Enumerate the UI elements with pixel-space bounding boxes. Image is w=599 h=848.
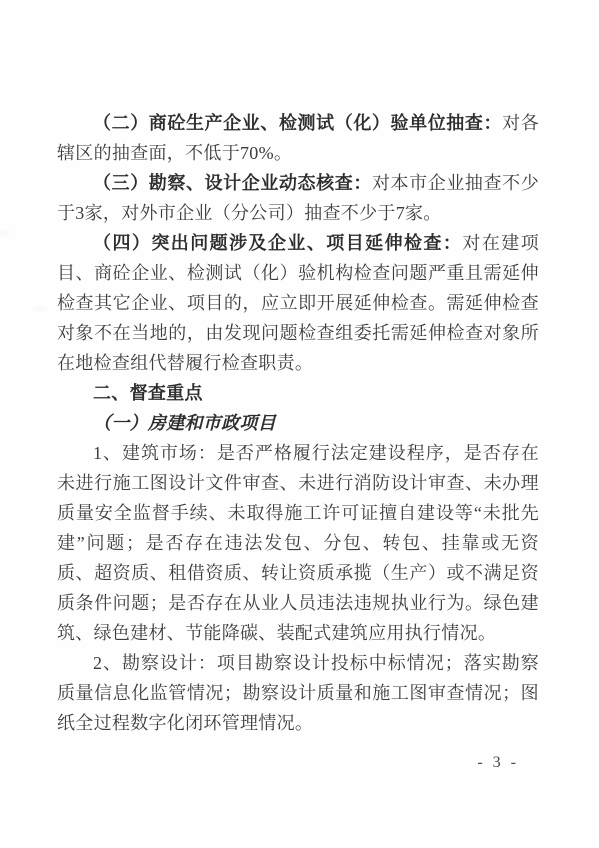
paragraph-lead: （二）商砼生产企业、检测试（化）验单位抽查： [93,113,502,133]
paragraph-lead: （四）突出问题涉及企业、项目延伸检查： [93,233,462,253]
section-heading-supervision-focus: 二、督查重点 [57,378,539,408]
document-page: （二）商砼生产企业、检测试（化）验单位抽查：对各辖区的抽查面，不低于70%。 （… [0,0,599,848]
sub-heading-housing-municipal-projects: （一）房建和市政项目 [57,408,539,438]
paragraph-item-3-dynamic-check: （三）勘察、设计企业动态核查：对本市企业抽查不少于3家，对外市企业（分公司）抽查… [57,168,539,228]
document-body: （二）商砼生产企业、检测试（化）验单位抽查：对各辖区的抽查面，不低于70%。 （… [57,108,539,738]
page-number: - 3 - [477,752,519,774]
paragraph-survey-design: 2、勘察设计：项目勘察设计投标中标情况；落实勘察质量信息化监管情况；勘察设计质量… [57,648,539,738]
paragraph-item-4-extended-inspection: （四）突出问题涉及企业、项目延伸检查：对在建项目、商砼企业、检测试（化）验机构检… [57,228,539,378]
scan-smudge [34,306,46,312]
paragraph-lead: （三）勘察、设计企业动态核查： [93,173,372,193]
paragraph-text: 对在建项目、商砼企业、检测试（化）验机构检查问题严重且需延伸检查其它企业、项目的… [57,233,539,373]
paragraph-construction-market: 1、建筑市场：是否严格履行法定建设程序，是否存在未进行施工图设计文件审查、未进行… [57,438,539,648]
scan-smudge [0,230,10,236]
paragraph-item-2-sampling: （二）商砼生产企业、检测试（化）验单位抽查：对各辖区的抽查面，不低于70%。 [57,108,539,168]
